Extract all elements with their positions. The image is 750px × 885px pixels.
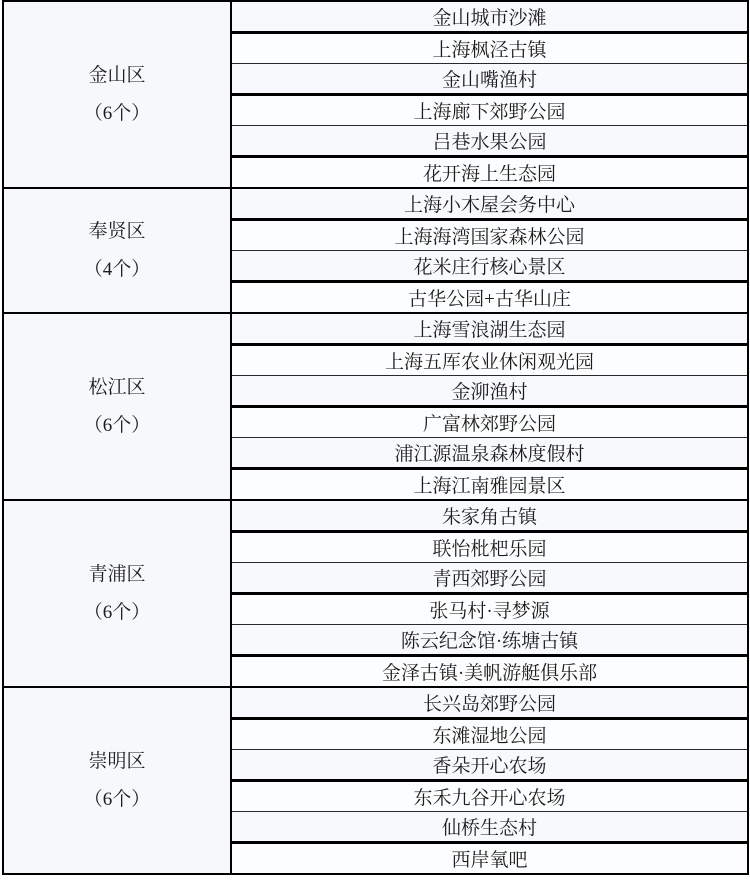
attraction-cell: 金山城市沙滩 (231, 1, 748, 33)
district-count: （6个） (4, 594, 230, 632)
attraction-cell: 陈云纪念馆·练塘古镇 (231, 625, 748, 656)
attraction-cell: 张马村·寻梦源 (231, 594, 748, 625)
district-name: 金山区 (4, 57, 230, 95)
attraction-cell: 东滩湿地公园 (231, 719, 748, 750)
table-row: 奉贤区（4个）上海小木屋会务中心 (3, 188, 748, 220)
attraction-cell: 西岸氧吧 (231, 843, 748, 875)
attraction-cell: 青西郊野公园 (231, 563, 748, 594)
district-name: 崇明区 (4, 743, 230, 781)
attraction-cell: 东禾九谷开心农场 (231, 781, 748, 812)
district-count: （6个） (4, 95, 230, 133)
attraction-cell: 上海江南雅园景区 (231, 469, 748, 501)
attraction-cell: 联怡枇杷乐园 (231, 532, 748, 563)
attraction-cell: 长兴岛郊野公园 (231, 687, 748, 719)
district-count: （6个） (4, 781, 230, 819)
attractions-table: 金山区（6个）金山城市沙滩上海枫泾古镇金山嘴渔村上海廊下郊野公园吕巷水果公园花开… (2, 0, 749, 875)
district-cell: 金山区（6个） (3, 1, 231, 188)
document-page: 金山区（6个）金山城市沙滩上海枫泾古镇金山嘴渔村上海廊下郊野公园吕巷水果公园花开… (0, 0, 750, 885)
attraction-cell: 浦江源温泉森林度假村 (231, 438, 748, 469)
district-cell: 崇明区（6个） (3, 687, 231, 874)
attraction-cell: 吕巷水果公园 (231, 126, 748, 157)
district-name: 青浦区 (4, 556, 230, 594)
district-cell: 松江区（6个） (3, 313, 231, 500)
attraction-cell: 香朵开心农场 (231, 750, 748, 781)
attraction-cell: 金泖渔村 (231, 376, 748, 407)
attraction-cell: 上海枫泾古镇 (231, 33, 748, 64)
district-cell: 奉贤区（4个） (3, 188, 231, 313)
attraction-cell: 上海海湾国家森林公园 (231, 220, 748, 251)
attraction-cell: 金泽古镇·美帆游艇俱乐部 (231, 656, 748, 688)
table-row: 松江区（6个）上海雪浪湖生态园 (3, 313, 748, 345)
attraction-cell: 仙桥生态村 (231, 812, 748, 843)
district-count: （6个） (4, 407, 230, 445)
table-row: 金山区（6个）金山城市沙滩 (3, 1, 748, 33)
district-cell: 青浦区（6个） (3, 500, 231, 687)
attraction-cell: 上海五厍农业休闲观光园 (231, 345, 748, 376)
attraction-cell: 古华公园+古华山庄 (231, 282, 748, 314)
attraction-cell: 广富林郊野公园 (231, 407, 748, 438)
attraction-cell: 金山嘴渔村 (231, 64, 748, 95)
attraction-cell: 上海雪浪湖生态园 (231, 313, 748, 345)
district-name: 松江区 (4, 369, 230, 407)
attraction-cell: 上海小木屋会务中心 (231, 188, 748, 220)
attraction-cell: 朱家角古镇 (231, 500, 748, 532)
district-name: 奉贤区 (4, 213, 230, 251)
attractions-table-body: 金山区（6个）金山城市沙滩上海枫泾古镇金山嘴渔村上海廊下郊野公园吕巷水果公园花开… (3, 1, 748, 874)
attraction-cell: 上海廊下郊野公园 (231, 95, 748, 126)
table-row: 青浦区（6个）朱家角古镇 (3, 500, 748, 532)
table-row: 崇明区（6个）长兴岛郊野公园 (3, 687, 748, 719)
attraction-cell: 花米庄行核心景区 (231, 251, 748, 282)
attraction-cell: 花开海上生态园 (231, 157, 748, 189)
district-count: （4个） (4, 251, 230, 289)
